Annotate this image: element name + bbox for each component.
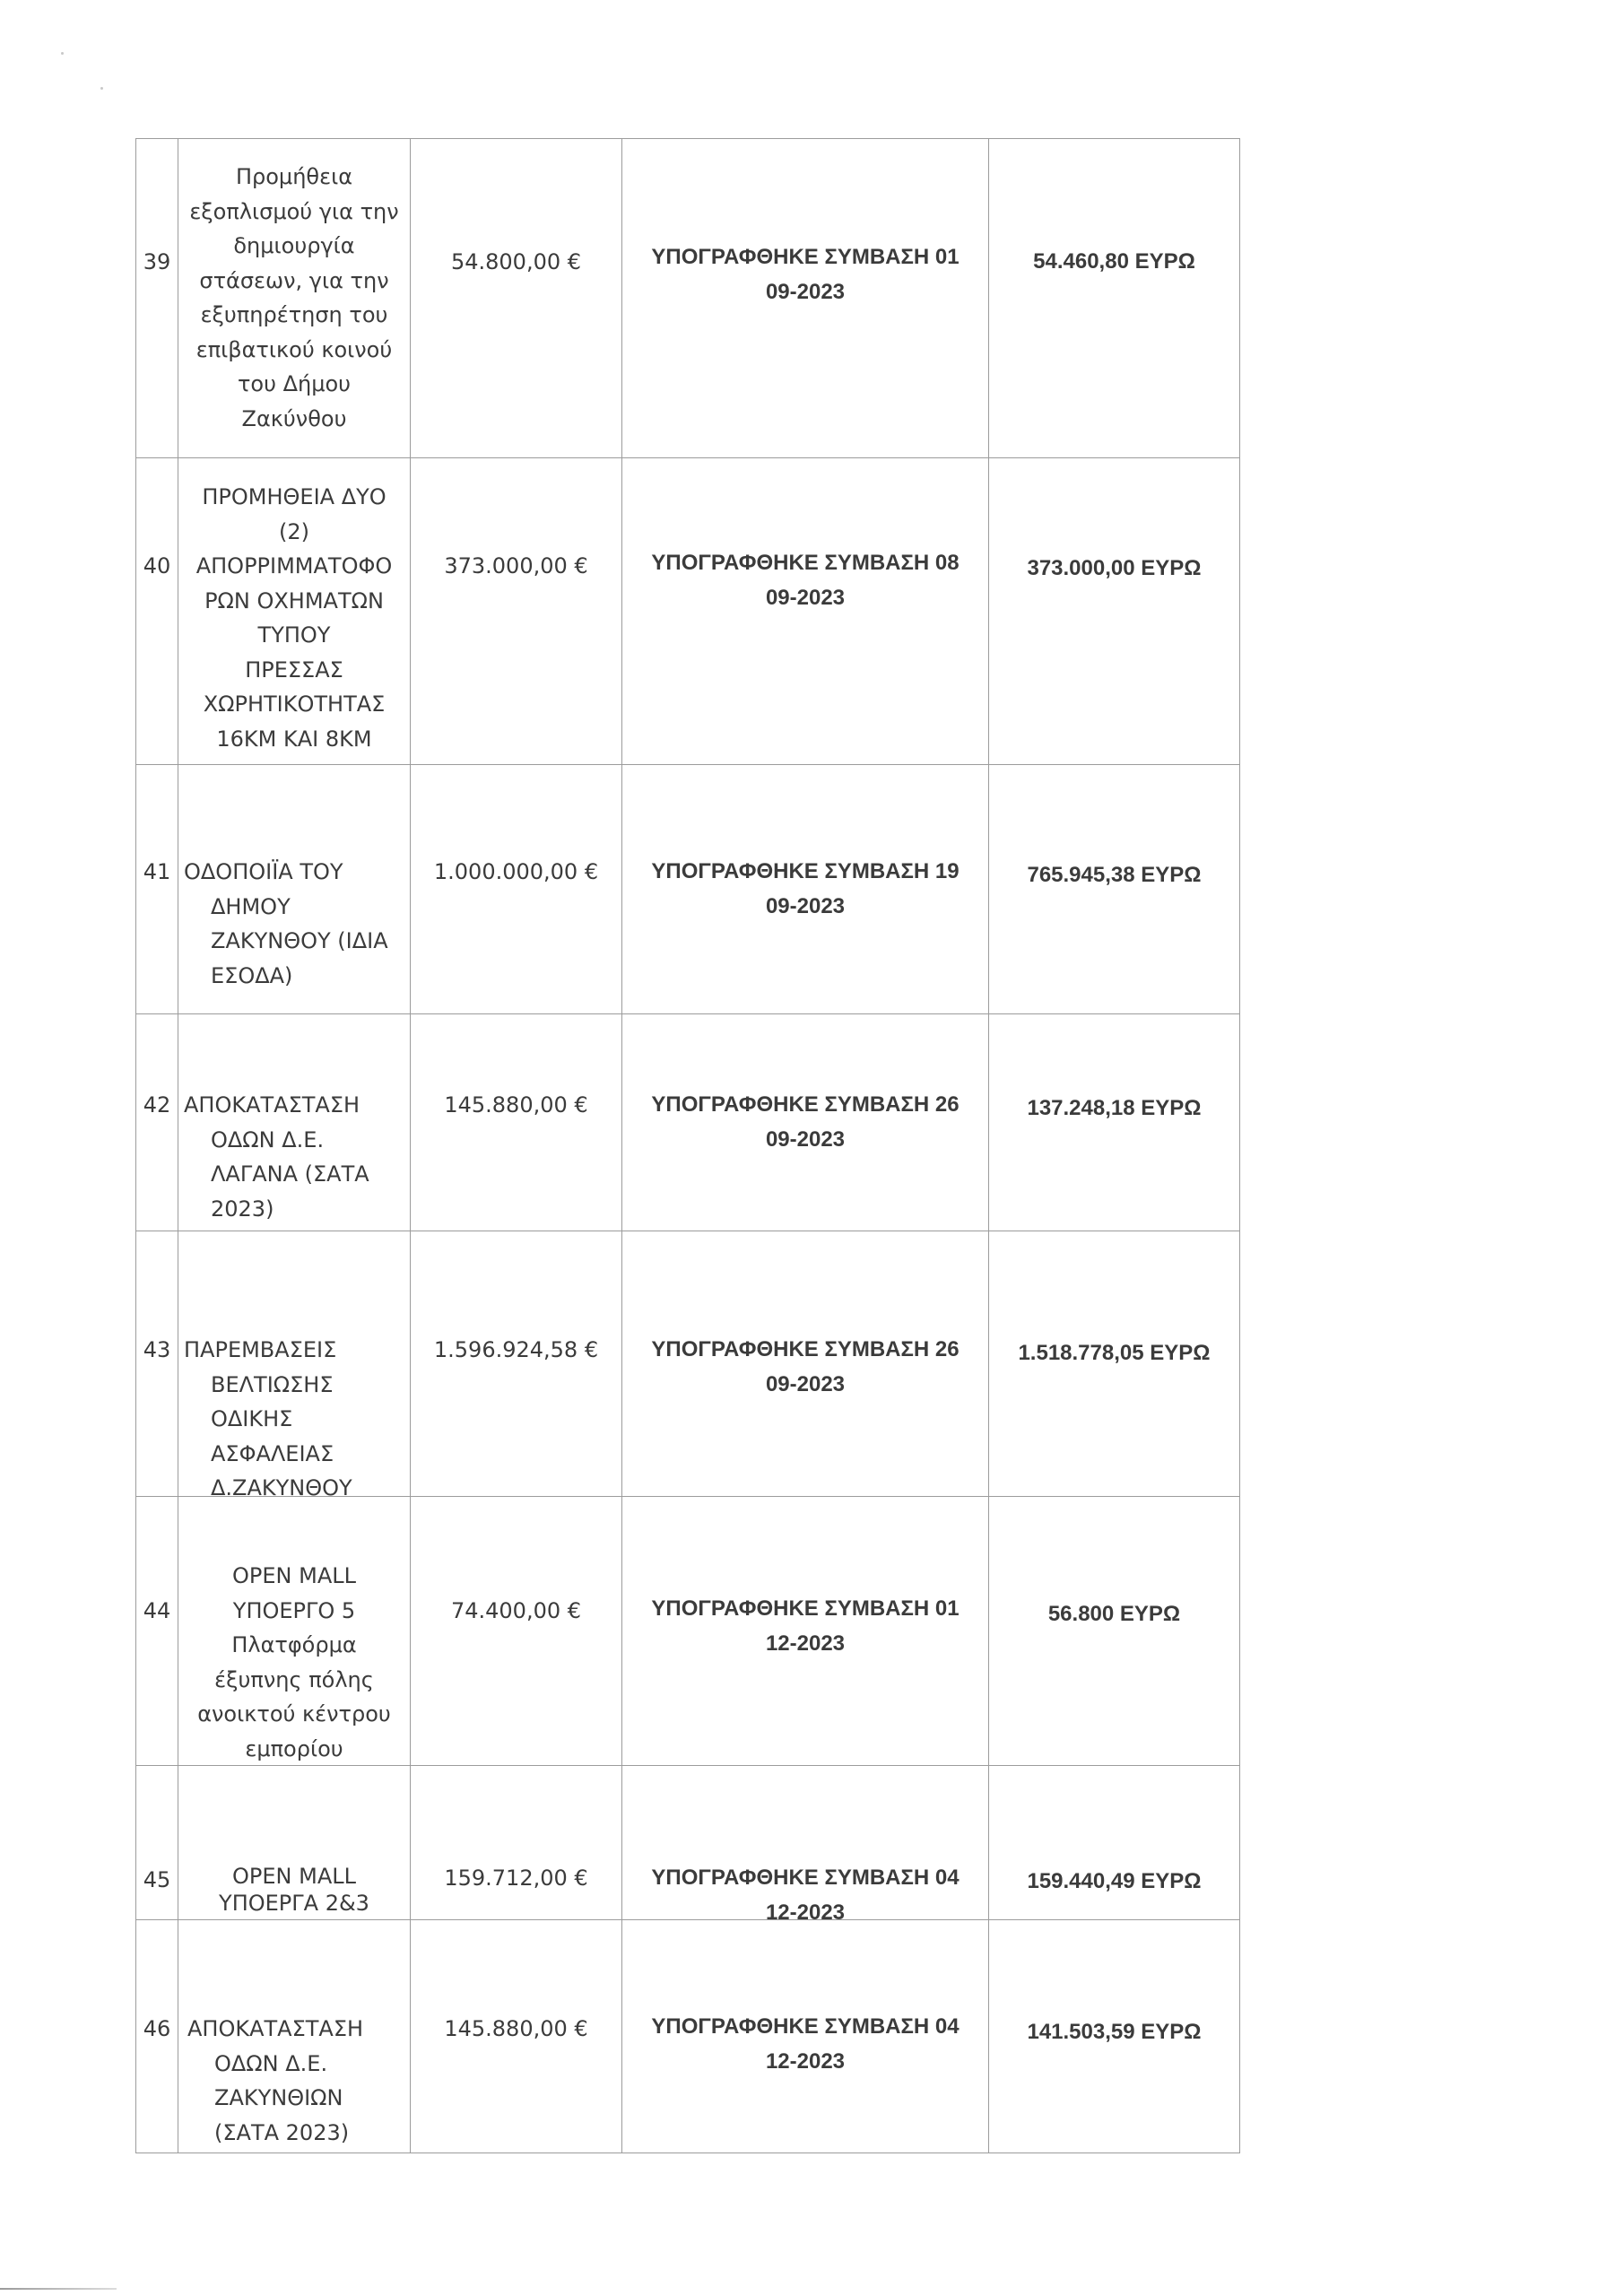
budget-amount: 1.000.000,00 €	[411, 855, 621, 890]
contracts-table: 39 Προμήθεια εξοπλισμού για την δημιουργ…	[135, 138, 1240, 2153]
description-line: ΟΔΙΚΗΣ	[184, 1402, 410, 1437]
scan-speck	[61, 52, 64, 55]
final-amount: 765.945,38 ΕΥΡΩ	[989, 858, 1239, 893]
description-line: ΔΗΜΟΥ	[184, 890, 410, 925]
row-number: 45	[136, 1863, 178, 1898]
row-number: 43	[136, 1333, 178, 1368]
description-line: ΟΔΩΝ Δ.Ε.	[184, 1123, 410, 1158]
budget-amount: 373.000,00 €	[411, 549, 621, 584]
description-line: ΛΑΓΑΝΑ (ΣΑΤΑ	[184, 1157, 410, 1192]
description-line: Προμήθεια	[178, 160, 410, 195]
final-amount: 141.503,59 ΕΥΡΩ	[989, 2015, 1239, 2050]
status-cell: ΥΠΟΓΡΑΦΘΗΚΕ ΣΥΜΒΑΣΗ 19 09-2023	[622, 765, 989, 1014]
final-amount: 137.248,18 ΕΥΡΩ	[989, 1091, 1239, 1126]
final-amount-cell: 54.460,80 ΕΥΡΩ	[989, 139, 1240, 458]
final-amount-cell: 137.248,18 ΕΥΡΩ	[989, 1014, 1240, 1231]
status-cell: ΥΠΟΓΡΑΦΘΗΚΕ ΣΥΜΒΑΣΗ 26 09-2023	[622, 1231, 989, 1497]
budget-amount: 54.800,00 €	[411, 245, 621, 280]
row-number-cell: 43	[136, 1231, 178, 1497]
description-line: ΑΠΟΡΡΙΜΜΑΤΟΦΟ	[178, 549, 410, 584]
description-line: (ΣΑΤΑ 2023)	[187, 2116, 410, 2151]
budget-amount: 145.880,00 €	[411, 1088, 621, 1123]
status-cell: ΥΠΟΓΡΑΦΘΗΚΕ ΣΥΜΒΑΣΗ 01 09-2023	[622, 139, 989, 458]
final-amount: 159.440,49 ΕΥΡΩ	[989, 1865, 1239, 1900]
description-cell: ΑΠΟΚΑΤΑΣΤΑΣΗ ΟΔΩΝ Δ.Ε. ΛΑΓΑΝΑ (ΣΑΤΑ 2023…	[178, 1014, 411, 1231]
description-line: του Δήμου	[178, 367, 410, 402]
description-cell: ΠΑΡΕΜΒΑΣΕΙΣ ΒΕΛΤΙΩΣΗΣ ΟΔΙΚΗΣ ΑΣΦΑΛΕΙΑΣ Δ…	[178, 1231, 411, 1497]
row-number-cell: 41	[136, 765, 178, 1014]
final-amount-cell: 141.503,59 ΕΥΡΩ	[989, 1920, 1240, 2153]
description-line: ανοικτού κέντρου	[178, 1697, 410, 1732]
description-line: ΑΠΟΚΑΤΑΣΤΑΣΗ	[184, 1088, 410, 1123]
description-line: ΥΠΟΕΡΓΟ 5	[178, 1594, 410, 1629]
status-text: ΥΠΟΓΡΑΦΘΗΚΕ ΣΥΜΒΑΣΗ 08	[622, 546, 988, 581]
description-line: έξυπνης πόλης	[178, 1663, 410, 1698]
description-line: ΟΔΩΝ Δ.Ε.	[187, 2047, 410, 2082]
final-amount-cell: 765.945,38 ΕΥΡΩ	[989, 765, 1240, 1014]
status-text: ΥΠΟΓΡΑΦΘΗΚΕ ΣΥΜΒΑΣΗ 04	[622, 1861, 988, 1896]
status-cell: ΥΠΟΓΡΑΦΘΗΚΕ ΣΥΜΒΑΣΗ 04 12-2023	[622, 1766, 989, 1920]
row-number: 41	[136, 855, 178, 890]
row-number: 46	[136, 2012, 178, 2047]
row-number-cell: 39	[136, 139, 178, 458]
table-row: 45 OPEN MALL ΥΠΟΕΡΓΑ 2&3 159.712,00 € ΥΠ…	[136, 1766, 1240, 1920]
description-line: ΤΥΠΟΥ	[178, 618, 410, 653]
table-row: 44 OPEN MALL ΥΠΟΕΡΓΟ 5 Πλατφόρμα έξυπνης…	[136, 1497, 1240, 1766]
description-line: ΑΣΦΑΛΕΙΑΣ	[184, 1437, 410, 1472]
status-text: ΥΠΟΓΡΑΦΘΗΚΕ ΣΥΜΒΑΣΗ 01	[622, 240, 988, 275]
description-line: ΒΕΛΤΙΩΣΗΣ	[184, 1368, 410, 1403]
description-line: εξυπηρέτηση του	[178, 298, 410, 333]
status-date: 09-2023	[622, 890, 988, 925]
status-cell: ΥΠΟΓΡΑΦΘΗΚΕ ΣΥΜΒΑΣΗ 26 09-2023	[622, 1014, 989, 1231]
budget-cell: 159.712,00 €	[411, 1766, 622, 1920]
budget-cell: 54.800,00 €	[411, 139, 622, 458]
budget-cell: 74.400,00 €	[411, 1497, 622, 1766]
status-date: 12-2023	[622, 2045, 988, 2080]
scan-edge-line	[0, 2288, 117, 2290]
description-line: ΟΔΟΠΟΙΪΑ ΤΟΥ	[184, 855, 410, 890]
status-text: ΥΠΟΓΡΑΦΘΗΚΕ ΣΥΜΒΑΣΗ 26	[622, 1088, 988, 1123]
status-date: 12-2023	[622, 1627, 988, 1662]
description-line: ΖΑΚΥΝΘΟΥ (ΙΔΙΑ	[184, 924, 410, 959]
final-amount-cell: 56.800 ΕΥΡΩ	[989, 1497, 1240, 1766]
description-line: εξοπλισμού για την	[178, 195, 410, 230]
scanned-page: 39 Προμήθεια εξοπλισμού για την δημιουργ…	[0, 0, 1624, 2296]
description-line: ΠΑΡΕΜΒΑΣΕΙΣ	[184, 1333, 410, 1368]
description-line: 2023)	[184, 1192, 410, 1227]
final-amount: 54.460,80 ΕΥΡΩ	[989, 245, 1239, 280]
description-line: ΠΡΕΣΣΑΣ	[178, 653, 410, 688]
budget-cell: 1.596.924,58 €	[411, 1231, 622, 1497]
final-amount-cell: 373.000,00 ΕΥΡΩ	[989, 458, 1240, 765]
description-line: 16ΚΜ ΚΑΙ 8ΚΜ	[178, 722, 410, 757]
row-number: 39	[136, 245, 178, 280]
row-number-cell: 42	[136, 1014, 178, 1231]
description-line: στάσεων, για την	[178, 264, 410, 299]
description-line: επιβατικού κοινού	[178, 333, 410, 368]
description-cell: ΠΡΟΜΗΘΕΙΑ ΔΥΟ (2) ΑΠΟΡΡΙΜΜΑΤΟΦΟ ΡΩΝ ΟΧΗΜ…	[178, 458, 411, 765]
row-number: 44	[136, 1594, 178, 1629]
budget-cell: 145.880,00 €	[411, 1014, 622, 1231]
budget-cell: 373.000,00 €	[411, 458, 622, 765]
status-date: 09-2023	[622, 1368, 988, 1403]
description-line: Ζακύνθου	[178, 402, 410, 437]
status-date: 09-2023	[622, 581, 988, 616]
status-text: ΥΠΟΓΡΑΦΘΗΚΕ ΣΥΜΒΑΣΗ 19	[622, 855, 988, 890]
description-line: ΡΩΝ ΟΧΗΜΑΤΩΝ	[178, 584, 410, 619]
description-line: ΠΡΟΜΗΘΕΙΑ ΔΥΟ	[178, 480, 410, 515]
description-cell: Προμήθεια εξοπλισμού για την δημιουργία …	[178, 139, 411, 458]
description-line: ΖΑΚΥΝΘΙΩΝ	[187, 2081, 410, 2116]
budget-amount: 1.596.924,58 €	[411, 1333, 621, 1368]
table-row: 41 ΟΔΟΠΟΙΪΑ ΤΟΥ ΔΗΜΟΥ ΖΑΚΥΝΘΟΥ (ΙΔΙΑ ΕΣΟ…	[136, 765, 1240, 1014]
final-amount: 56.800 ΕΥΡΩ	[989, 1597, 1239, 1632]
status-date: 09-2023	[622, 275, 988, 310]
final-amount-cell: 159.440,49 ΕΥΡΩ	[989, 1766, 1240, 1920]
budget-cell: 1.000.000,00 €	[411, 765, 622, 1014]
description-cell: ΑΠΟΚΑΤΑΣΤΑΣΗ ΟΔΩΝ Δ.Ε. ΖΑΚΥΝΘΙΩΝ (ΣΑΤΑ 2…	[178, 1920, 411, 2153]
status-text: ΥΠΟΓΡΑΦΘΗΚΕ ΣΥΜΒΑΣΗ 01	[622, 1592, 988, 1627]
description-line: ΕΣΟΔΑ)	[184, 959, 410, 994]
description-line: OPEN MALL	[178, 1863, 410, 1890]
status-date: 09-2023	[622, 1123, 988, 1158]
table-row: 46 ΑΠΟΚΑΤΑΣΤΑΣΗ ΟΔΩΝ Δ.Ε. ΖΑΚΥΝΘΙΩΝ (ΣΑΤ…	[136, 1920, 1240, 2153]
table-row: 43 ΠΑΡΕΜΒΑΣΕΙΣ ΒΕΛΤΙΩΣΗΣ ΟΔΙΚΗΣ ΑΣΦΑΛΕΙΑ…	[136, 1231, 1240, 1497]
table-row: 40 ΠΡΟΜΗΘΕΙΑ ΔΥΟ (2) ΑΠΟΡΡΙΜΜΑΤΟΦΟ ΡΩΝ Ο…	[136, 458, 1240, 765]
scan-speck	[100, 87, 103, 90]
status-text: ΥΠΟΓΡΑΦΘΗΚΕ ΣΥΜΒΑΣΗ 26	[622, 1333, 988, 1368]
status-cell: ΥΠΟΓΡΑΦΘΗΚΕ ΣΥΜΒΑΣΗ 01 12-2023	[622, 1497, 989, 1766]
row-number-cell: 44	[136, 1497, 178, 1766]
row-number-cell: 45	[136, 1766, 178, 1920]
description-line: Πλατφόρμα	[178, 1628, 410, 1663]
description-line: OPEN MALL	[178, 1559, 410, 1594]
description-line: ΑΠΟΚΑΤΑΣΤΑΣΗ	[187, 2012, 410, 2047]
description-cell: OPEN MALL ΥΠΟΕΡΓΟ 5 Πλατφόρμα έξυπνης πό…	[178, 1497, 411, 1766]
table-row: 42 ΑΠΟΚΑΤΑΣΤΑΣΗ ΟΔΩΝ Δ.Ε. ΛΑΓΑΝΑ (ΣΑΤΑ 2…	[136, 1014, 1240, 1231]
budget-amount: 74.400,00 €	[411, 1594, 621, 1629]
description-line: δημιουργία	[178, 229, 410, 264]
final-amount: 1.518.778,05 ΕΥΡΩ	[989, 1336, 1239, 1371]
description-cell: OPEN MALL ΥΠΟΕΡΓΑ 2&3	[178, 1766, 411, 1920]
description-line: (2)	[178, 515, 410, 550]
status-cell: ΥΠΟΓΡΑΦΘΗΚΕ ΣΥΜΒΑΣΗ 04 12-2023	[622, 1920, 989, 2153]
status-text: ΥΠΟΓΡΑΦΘΗΚΕ ΣΥΜΒΑΣΗ 04	[622, 2010, 988, 2045]
description-line: εμπορίου	[178, 1732, 410, 1767]
budget-cell: 145.880,00 €	[411, 1920, 622, 2153]
description-cell: ΟΔΟΠΟΙΪΑ ΤΟΥ ΔΗΜΟΥ ΖΑΚΥΝΘΟΥ (ΙΔΙΑ ΕΣΟΔΑ)	[178, 765, 411, 1014]
row-number-cell: 40	[136, 458, 178, 765]
final-amount-cell: 1.518.778,05 ΕΥΡΩ	[989, 1231, 1240, 1497]
row-number: 40	[136, 549, 178, 584]
budget-amount: 145.880,00 €	[411, 2012, 621, 2047]
description-line: ΥΠΟΕΡΓΑ 2&3	[178, 1890, 410, 1917]
row-number: 42	[136, 1088, 178, 1123]
row-number-cell: 46	[136, 1920, 178, 2153]
budget-amount: 159.712,00 €	[411, 1861, 621, 1896]
final-amount: 373.000,00 ΕΥΡΩ	[989, 552, 1239, 587]
status-cell: ΥΠΟΓΡΑΦΘΗΚΕ ΣΥΜΒΑΣΗ 08 09-2023	[622, 458, 989, 765]
table-row: 39 Προμήθεια εξοπλισμού για την δημιουργ…	[136, 139, 1240, 458]
description-line: ΧΩΡΗΤΙΚΟΤΗΤΑΣ	[178, 687, 410, 722]
